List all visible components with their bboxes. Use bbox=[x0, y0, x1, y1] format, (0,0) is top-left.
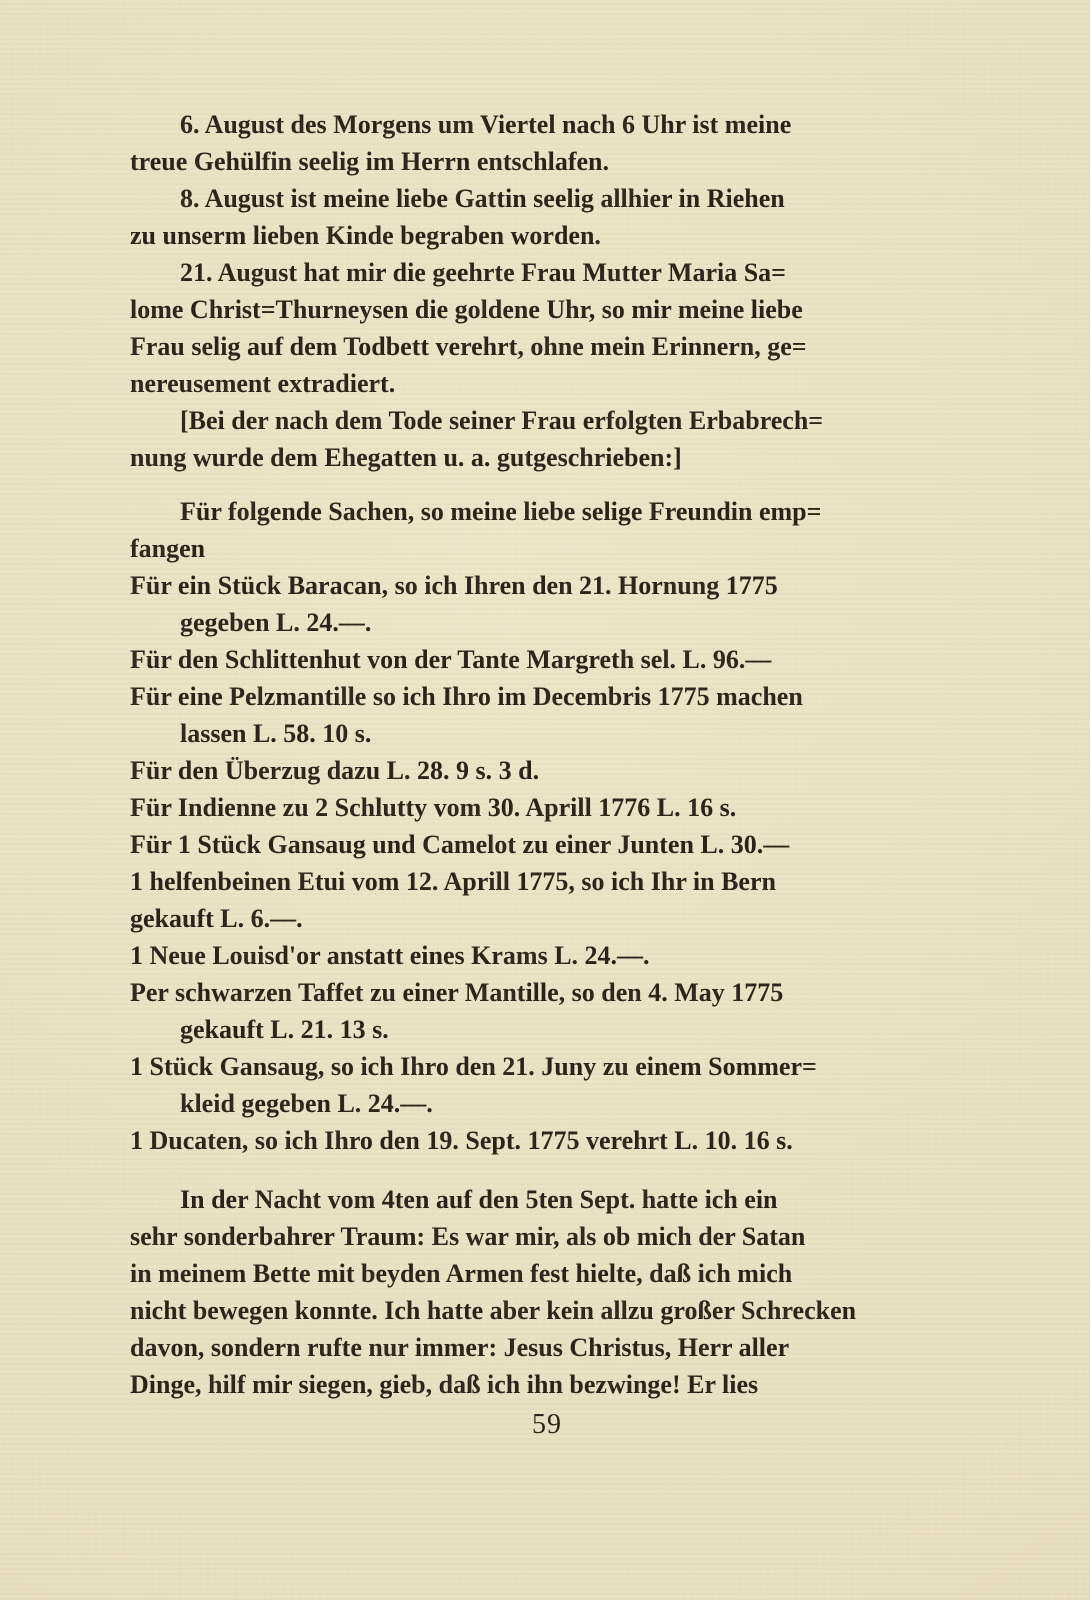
text-line: 21. August hat mir die geehrte Frau Mutt… bbox=[130, 254, 908, 291]
text-line: Für folgende Sachen, so meine liebe seli… bbox=[130, 493, 908, 530]
paragraph: 21. August hat mir die geehrte Frau Mutt… bbox=[130, 254, 908, 402]
text-line: 6. August des Morgens um Viertel nach 6 … bbox=[130, 106, 908, 143]
paragraph: 1 helfenbeinen Etui vom 12. Aprill 1775,… bbox=[130, 863, 908, 937]
text-line: Für Indienne zu 2 Schlutty vom 30. April… bbox=[130, 789, 908, 826]
paragraph: 6. August des Morgens um Viertel nach 6 … bbox=[130, 106, 908, 180]
text-line: gekauft L. 6.—. bbox=[130, 900, 908, 937]
text-line: Für eine Pelzmantille so ich Ihro im Dec… bbox=[130, 678, 908, 715]
paragraph: Für 1 Stück Gansaug und Camelot zu einer… bbox=[130, 826, 908, 863]
paragraph: 1 Neue Louisd'or anstatt eines Krams L. … bbox=[130, 937, 908, 974]
text-line: lassen L. 58. 10 s. bbox=[130, 715, 908, 752]
text-line: kleid gegeben L. 24.—. bbox=[130, 1085, 908, 1122]
text-line: Für 1 Stück Gansaug und Camelot zu einer… bbox=[130, 826, 908, 863]
text-line: 1 Ducaten, so ich Ihro den 19. Sept. 177… bbox=[130, 1122, 908, 1159]
text-line: 1 Neue Louisd'or anstatt eines Krams L. … bbox=[130, 937, 908, 974]
paragraph: [Bei der nach dem Tode seiner Frau erfol… bbox=[130, 402, 908, 476]
page-text: 6. August des Morgens um Viertel nach 6 … bbox=[130, 106, 908, 1403]
text-line: nung wurde dem Ehegatten u. a. gutgeschr… bbox=[130, 439, 908, 476]
text-line: 8. August ist meine liebe Gattin seelig … bbox=[130, 180, 908, 217]
text-line: gekauft L. 21. 13 s. bbox=[130, 1011, 908, 1048]
book-page: 6. August des Morgens um Viertel nach 6 … bbox=[0, 0, 1090, 1600]
text-line: gegeben L. 24.—. bbox=[130, 604, 908, 641]
paragraph: Für den Schlittenhut von der Tante Margr… bbox=[130, 641, 908, 678]
text-line: fangen bbox=[130, 530, 908, 567]
paragraph: Für folgende Sachen, so meine liebe seli… bbox=[130, 493, 908, 567]
text-line: Für den Überzug dazu L. 28. 9 s. 3 d. bbox=[130, 752, 908, 789]
paragraph: Für Indienne zu 2 Schlutty vom 30. April… bbox=[130, 789, 908, 826]
page-number: 59 bbox=[130, 1406, 908, 1443]
paragraph: Für eine Pelzmantille so ich Ihro im Dec… bbox=[130, 678, 908, 752]
text-line: in meinem Bette mit beyden Armen fest hi… bbox=[130, 1255, 908, 1292]
paragraph: Für ein Stück Baracan, so ich Ihren den … bbox=[130, 567, 908, 641]
text-line: nereusement extradiert. bbox=[130, 365, 908, 402]
text-line: [Bei der nach dem Tode seiner Frau erfol… bbox=[130, 402, 908, 439]
text-line: Für ein Stück Baracan, so ich Ihren den … bbox=[130, 567, 908, 604]
paragraph: 1 Ducaten, so ich Ihro den 19. Sept. 177… bbox=[130, 1122, 908, 1159]
text-line: davon, sondern rufte nur immer: Jesus Ch… bbox=[130, 1329, 908, 1366]
paragraph: 1 Stück Gansaug, so ich Ihro den 21. Jun… bbox=[130, 1048, 908, 1122]
text-line: Dinge, hilf mir siegen, gieb, daß ich ih… bbox=[130, 1366, 908, 1403]
text-line: Frau selig auf dem Todbett verehrt, ohne… bbox=[130, 328, 908, 365]
text-line: zu unserm lieben Kinde begraben worden. bbox=[130, 217, 908, 254]
text-line: 1 Stück Gansaug, so ich Ihro den 21. Jun… bbox=[130, 1048, 908, 1085]
text-line: Per schwarzen Taffet zu einer Mantille, … bbox=[130, 974, 908, 1011]
text-line: 1 helfenbeinen Etui vom 12. Aprill 1775,… bbox=[130, 863, 908, 900]
paragraph: Per schwarzen Taffet zu einer Mantille, … bbox=[130, 974, 908, 1048]
paragraph: Für den Überzug dazu L. 28. 9 s. 3 d. bbox=[130, 752, 908, 789]
text-line: sehr sonderbahrer Traum: Es war mir, als… bbox=[130, 1218, 908, 1255]
text-line: In der Nacht vom 4ten auf den 5ten Sept.… bbox=[130, 1181, 908, 1218]
paragraph: 8. August ist meine liebe Gattin seelig … bbox=[130, 180, 908, 254]
text-line: nicht bewegen konnte. Ich hatte aber kei… bbox=[130, 1292, 908, 1329]
paragraph: In der Nacht vom 4ten auf den 5ten Sept.… bbox=[130, 1181, 908, 1403]
text-line: treue Gehülfin seelig im Herrn entschlaf… bbox=[130, 143, 908, 180]
text-line: Für den Schlittenhut von der Tante Margr… bbox=[130, 641, 908, 678]
text-line: lome Christ=Thurneysen die goldene Uhr, … bbox=[130, 291, 908, 328]
